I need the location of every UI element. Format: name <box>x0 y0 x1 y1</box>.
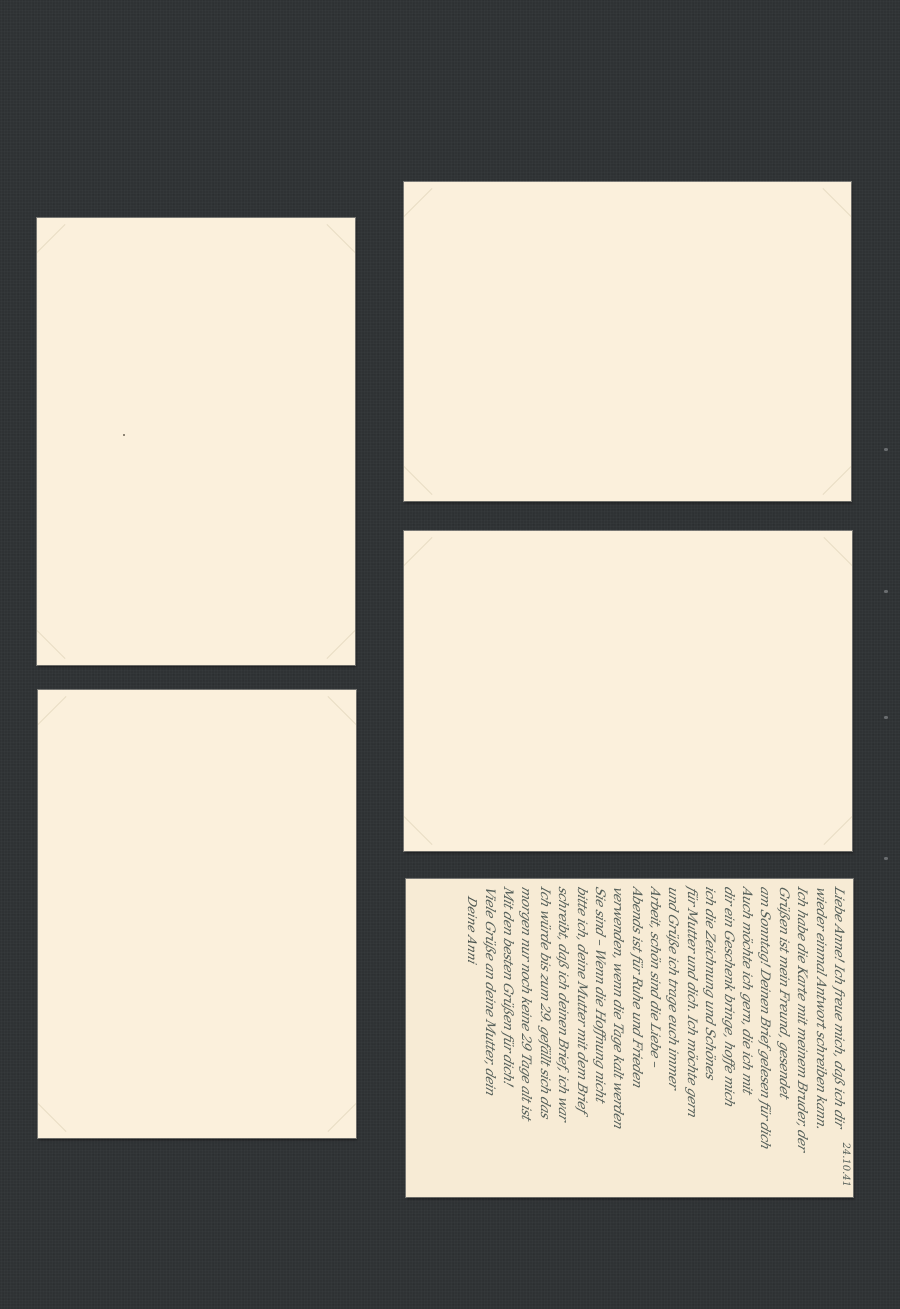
binder-hole <box>884 590 888 593</box>
handwritten-text-block: 24.10.41 Liebe Anne! Ich freue mich, daß… <box>406 879 853 1197</box>
handwritten-line: am Sonntag! Deinen Brief gelesen für dic… <box>755 884 773 1192</box>
handwritten-line: und Grüße ich trage euch immer <box>663 884 681 1192</box>
handwritten-line: wieder einmal Antwort schreiben kann. <box>810 884 828 1192</box>
handwritten-line: morgen nur noch keine 29 Tage alt ist <box>516 884 534 1192</box>
handwritten-line: ich die Zeichnung und Schönes <box>700 884 718 1192</box>
mount-corner <box>823 188 851 217</box>
handwritten-line: verwenden, wenn die Tage kalt werden <box>608 884 626 1192</box>
postcard-middle-right <box>404 531 852 851</box>
mount-corner <box>38 696 66 725</box>
postcard-bottom-left <box>38 690 356 1138</box>
handwritten-line: Grüßen ist mein Freund, gesendet <box>773 884 791 1192</box>
handwritten-line: Mit den besten Grüßen für dich! <box>498 884 516 1192</box>
letter-signature: Deine Anni <box>465 885 479 1192</box>
mount-corner <box>328 1103 356 1132</box>
handwritten-line: Sie sind – Wenn die Hoffnung nicht <box>590 884 608 1192</box>
mount-corner <box>824 537 852 566</box>
mount-corner <box>404 466 432 495</box>
handwritten-line: Ich habe die Karte mit meinem Bruder, de… <box>792 884 810 1192</box>
mount-corner <box>37 224 65 253</box>
postcard-handwritten-letter: 24.10.41 Liebe Anne! Ich freue mich, daß… <box>406 879 853 1197</box>
postcard-top-left <box>37 218 355 665</box>
handwritten-line: schreibt, daß ich deinen Brief, ich war <box>553 884 571 1192</box>
binder-hole <box>884 716 888 719</box>
mount-corner <box>328 696 356 725</box>
mount-corner <box>38 1103 66 1132</box>
handwritten-line: für Mutter und dich. Ich möchte gern <box>681 884 699 1192</box>
handwritten-line: Abends ist für Ruhe und Frieden <box>626 884 644 1192</box>
binder-hole <box>884 857 888 860</box>
mount-corner <box>327 224 355 253</box>
handwritten-line: Ich würde bis zum 29. gefällt sich das <box>534 884 552 1192</box>
mount-corner <box>327 630 355 659</box>
handwritten-line: Arbeit, schön sind die Liebe – <box>645 884 663 1192</box>
mount-corner <box>824 816 852 845</box>
handwritten-line: Liebe Anne! Ich freue mich, daß ich dir <box>829 884 847 1192</box>
postcard-top-right <box>404 182 851 501</box>
handwritten-line: Viele Grüße an deine Mutter, dein <box>479 884 497 1192</box>
binder-hole <box>884 448 888 451</box>
handwritten-line: bitte ich, deine Mutter mit dem Brief <box>571 884 589 1192</box>
paper-speck <box>123 434 125 436</box>
mount-corner <box>404 537 432 566</box>
handwritten-line: dir ein Geschenk bringe, hoffe mich <box>718 884 736 1192</box>
mount-corner <box>37 630 65 659</box>
mount-corner <box>823 466 851 495</box>
handwritten-line: Auch möchte ich gern, die ich mit <box>737 884 755 1192</box>
mount-corner <box>404 816 432 845</box>
mount-corner <box>404 188 432 217</box>
